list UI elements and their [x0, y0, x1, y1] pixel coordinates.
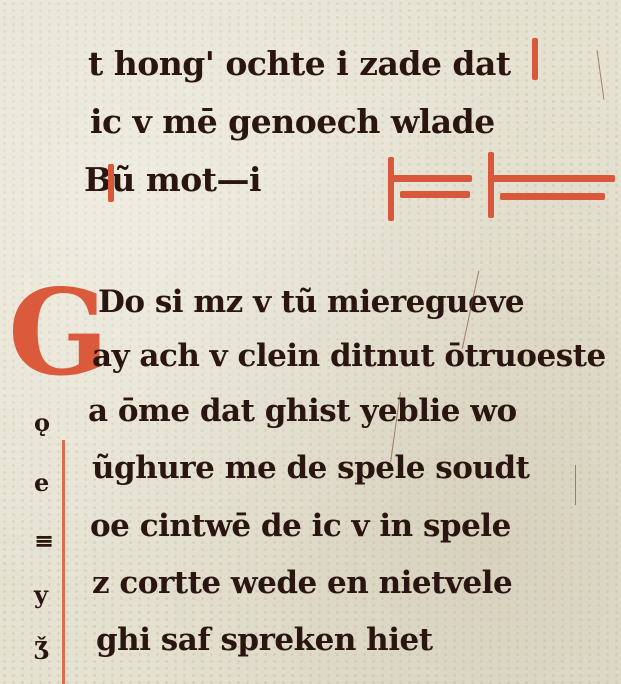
- margin-mark: ≡: [34, 526, 54, 555]
- margin-mark: e: [34, 468, 49, 497]
- margin-rule-red: [62, 440, 65, 684]
- text-line-2: ic v mē genoech wlade: [90, 102, 495, 141]
- text-line-4: Do si mz v tũ mieregueve: [98, 284, 524, 320]
- text-line-9: z cortte wede en nietvele: [92, 565, 512, 601]
- text-line-8: oe cintwē de ic v in spele: [90, 508, 511, 544]
- decorated-initial: G: [8, 278, 98, 388]
- text-line-10: ghi saf spreken hiet: [96, 622, 433, 658]
- text-line-6: a ōme dat ghist yeblie wo: [88, 393, 517, 429]
- margin-mark: y: [34, 580, 48, 609]
- gloss-stroke: [575, 465, 576, 505]
- rubric-stroke: [108, 164, 114, 202]
- text-line-5: ay ach v clein ditnut ōtruoeste: [92, 338, 606, 374]
- text-line-1: t hong' ochte i zade dat: [88, 44, 511, 83]
- rubric-stroke: [532, 38, 538, 80]
- text-line-7: ũghure me de spele soudt: [92, 450, 529, 486]
- margin-mark: ǫ: [34, 408, 50, 437]
- margin-mark: Ǯ: [34, 636, 50, 665]
- gloss-stroke: [597, 50, 605, 100]
- manuscript-page: t hong' ochte i zade dat ic v mē genoech…: [0, 0, 621, 684]
